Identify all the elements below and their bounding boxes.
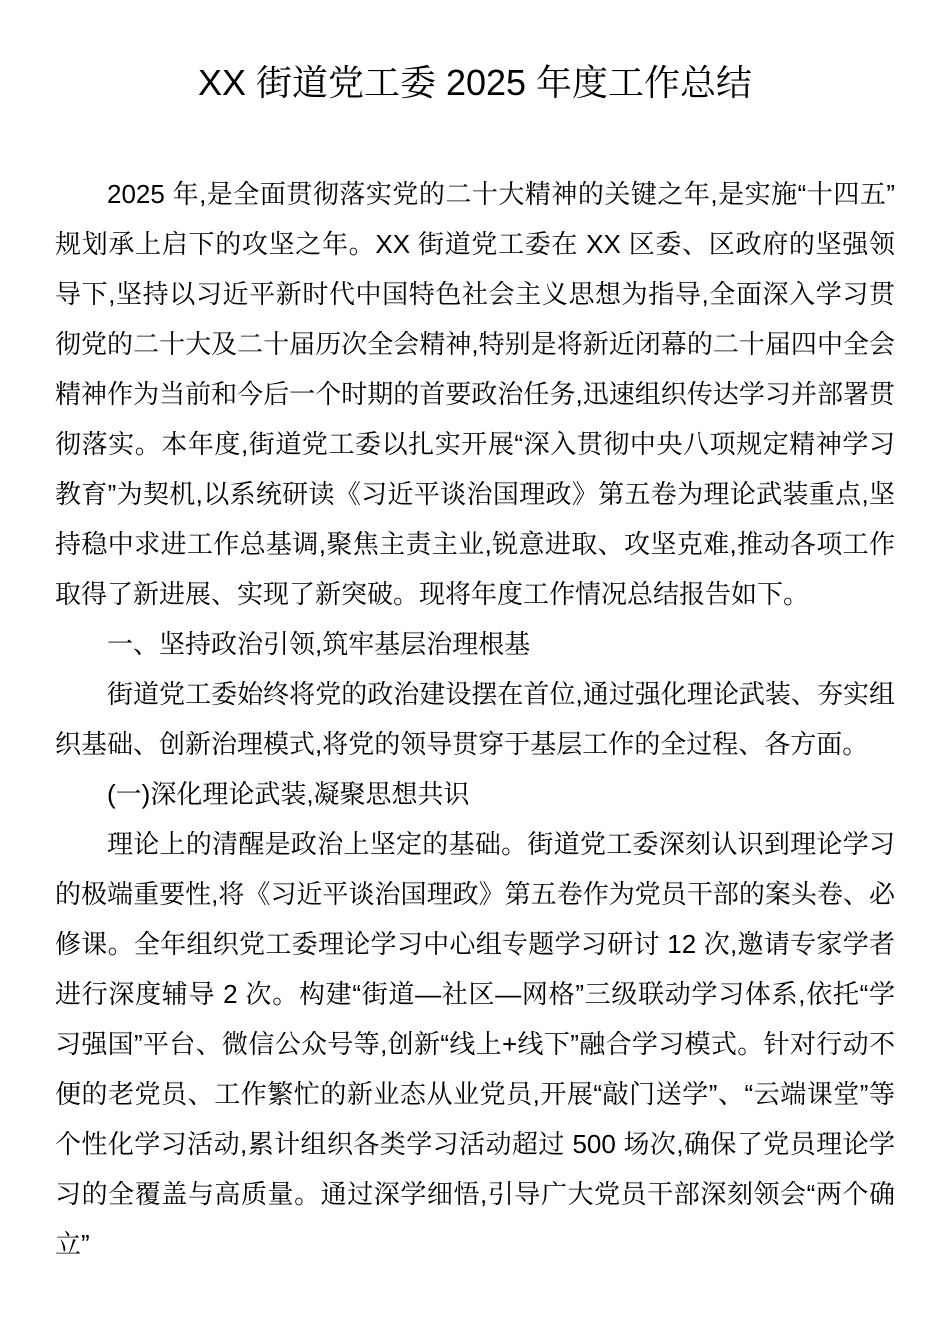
paragraph-intro: 2025 年,是全面贯彻落实党的二十大精神的关键之年,是实施“十四五”规划承上启…	[55, 169, 895, 619]
paragraph-subsection-1-1: 理论上的清醒是政治上坚定的基础。街道党工委深刻认识到理论学习的极端重要性,将《习…	[55, 819, 895, 1269]
paragraph-section-1-lead: 街道党工委始终将党的政治建设摆在首位,通过强化理论武装、夯实组织基础、创新治理模…	[55, 669, 895, 769]
document-title: XX 街道党工委 2025 年度工作总结	[55, 57, 895, 109]
section-heading-1: 一、坚持政治引领,筑牢基层治理根基	[55, 619, 895, 669]
subsection-heading-1-1: (一)深化理论武装,凝聚思想共识	[55, 769, 895, 819]
document-page: XX 街道党工委 2025 年度工作总结 2025 年,是全面贯彻落实党的二十大…	[0, 0, 950, 1344]
